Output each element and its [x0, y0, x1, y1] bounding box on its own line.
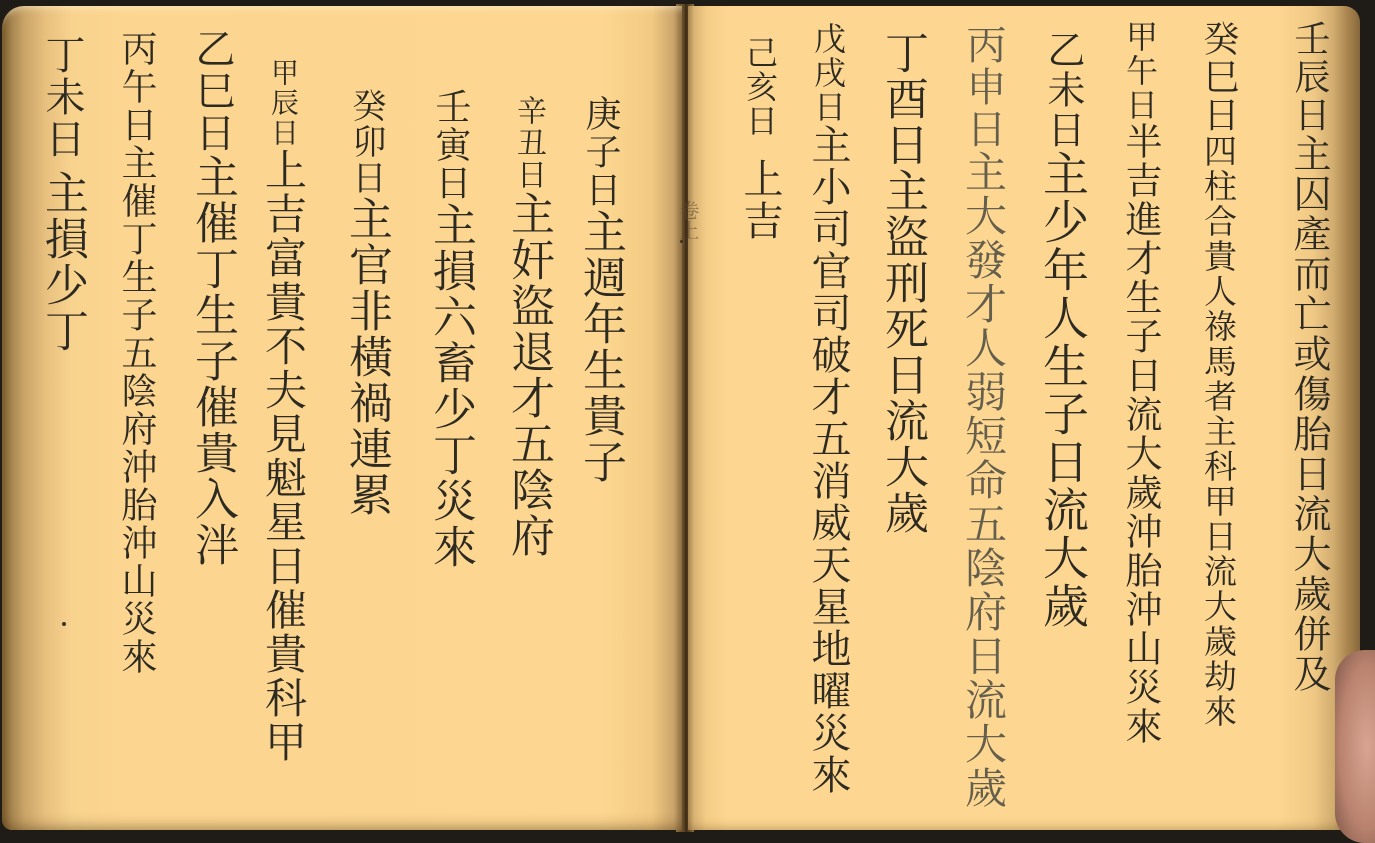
column-text: 上吉富貴不夫見魁星日催貴科甲 — [259, 148, 308, 764]
manuscript-column: 丙午日主催丁生子五陰府沖胎沖山災來 — [118, 30, 154, 676]
column-text: 主損六畜少丁災來 — [425, 202, 476, 570]
column-text: 主囚產而亡或傷胎日流大歲併及 — [1287, 134, 1331, 694]
day-label: 乙巳日 — [189, 28, 235, 154]
manuscript-column: 壬辰日主囚產而亡或傷胎日流大歲併及 — [1290, 20, 1328, 694]
day-label: 丙申日 — [960, 24, 1006, 150]
manuscript-column: 甲午日半吉進才生子日流大歲沖胎沖山災來 — [1122, 20, 1159, 746]
manuscript-column: 庚子日主週年生貴子 — [578, 95, 622, 485]
day-label: 乙未日 — [1041, 30, 1085, 150]
manuscript-column: 癸巳日四柱合貴人祿馬者主科甲日流大歲劫來 — [1200, 20, 1236, 729]
column-text: 主催丁生子五陰府沖胎沖山災來 — [116, 144, 157, 676]
column-text: 四柱合貴人祿馬者主科甲日流大歲劫來 — [1199, 134, 1238, 729]
book-spread: 卷上 壬辰日主囚產而亡或傷胎日流大歲併及 癸巳日四柱合貴人祿馬者主科甲日流大歲劫… — [0, 0, 1375, 843]
day-label: 丁未日 — [39, 34, 85, 160]
right-page — [688, 6, 1360, 830]
column-text: 主奸盜退才五陰府 — [503, 191, 554, 559]
column-text: 主官非橫禍連累 — [341, 196, 392, 518]
column-text: 半吉進才生子日流大歲沖胎沖山災來 — [1119, 122, 1162, 746]
manuscript-column: 丙申日主大發才人弱短命五陰府日流大歲 — [962, 24, 1004, 810]
day-label: 戊戌日 — [809, 22, 847, 124]
manuscript-column: 甲辰日上吉富貴不夫見魁星日催貴科甲 — [262, 58, 304, 764]
column-text: 主盜刑死日流大歲 — [877, 168, 928, 536]
day-label: 丙午日 — [116, 30, 157, 144]
manuscript-column: 辛丑日主奸盜退才五陰府 — [506, 95, 550, 559]
manuscript-column: 壬寅日主損六畜少丁災來 — [428, 88, 472, 570]
day-label: 壬寅日 — [430, 88, 471, 202]
column-text: 主大發才人弱短命五陰府日流大歲 — [959, 150, 1008, 810]
column-text: 主催丁生子催貴入泮 — [187, 154, 238, 568]
day-label: 壬辰日 — [1289, 20, 1330, 134]
day-label: 甲午日 — [1121, 20, 1159, 122]
manuscript-column: 乙未日主少年人生子日流大歲 — [1040, 30, 1086, 630]
column-text: 主損少丁 — [37, 170, 88, 354]
manuscript-column: 乙巳日主催丁生子催貴入泮 — [190, 28, 234, 568]
column-text: 主週年生貴子 — [575, 209, 626, 485]
manuscript-column: 癸卯日主官非橫禍連累 — [344, 88, 388, 518]
manuscript-column: 丁酉日主盜刑死日流大歲 — [880, 30, 924, 536]
day-label: 己亥日 — [741, 36, 779, 138]
ink-speck — [62, 622, 66, 626]
manuscript-column: 戊戌日主小司官司破才五消威天星地曜災來 — [808, 22, 848, 796]
day-label: 癸巳日 — [1198, 20, 1239, 134]
manuscript-column: 己亥日上吉 — [740, 36, 780, 242]
column-text: 主小司官司破才五消威天星地曜災來 — [805, 124, 851, 796]
gutter-page-mark: 卷上 — [674, 200, 703, 240]
column-text: 上吉 — [737, 158, 783, 242]
manuscript-column: 丁未日主損少丁 — [40, 34, 84, 354]
column-text: 主少年人生子日流大歲 — [1036, 150, 1090, 630]
day-label: 癸卯日 — [346, 88, 386, 196]
ink-speck — [680, 240, 683, 243]
day-label: 丁酉日 — [877, 30, 928, 168]
day-label: 庚子日 — [580, 95, 621, 209]
thumb-holding-page — [1335, 650, 1375, 843]
day-label: 辛丑日 — [511, 95, 546, 191]
day-label: 甲辰日 — [267, 58, 300, 148]
